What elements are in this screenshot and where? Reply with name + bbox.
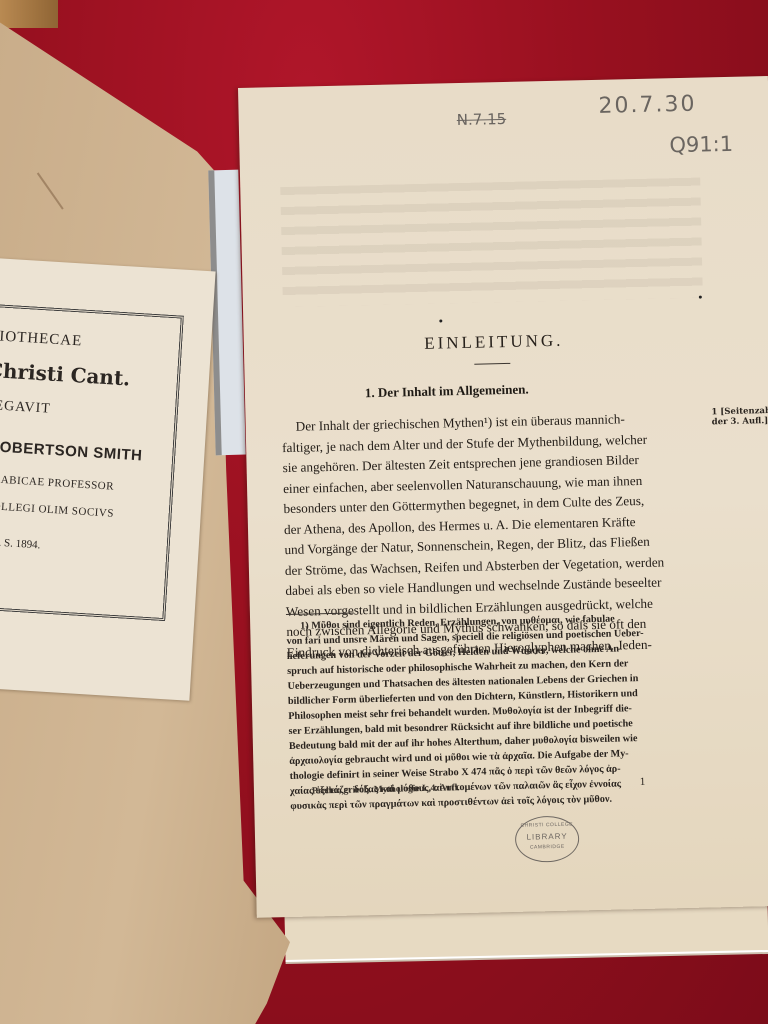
stamp-middle-text: LIBRARY	[516, 831, 578, 841]
stamp-top-text: CHRISTI COLLEGE	[516, 821, 578, 828]
wooden-surface	[0, 0, 58, 28]
library-stamp: CHRISTI COLLEGE LIBRARY CAMBRIDGE	[515, 815, 580, 862]
margin-note: 1 [Seitenzahl der 3. Aufl.]	[711, 406, 768, 427]
ink-dot	[699, 296, 702, 299]
bookplate-border	[0, 304, 184, 621]
bookplate-line: LEGAVIT	[0, 398, 51, 418]
footnote: 1) Μῦθοι sind eigentlich Reden, Erzählun…	[286, 609, 720, 814]
title-rule	[474, 363, 510, 365]
book-page: N.7.15 20.7.30 Q91:1 EINLEITUNG. 1. Der …	[238, 76, 768, 918]
margin-note-line: der 3. Aufl.]	[712, 416, 768, 427]
handwritten-classmark: Q91:1	[669, 132, 733, 157]
show-through-text	[280, 178, 703, 307]
signature-number: 1	[640, 776, 646, 788]
handwritten-shelfmark-struck: N.7.15	[457, 110, 507, 129]
ink-dot	[439, 319, 442, 322]
section-heading: 1. Der Inhalt im Allgemeinen.	[365, 381, 529, 401]
handwritten-date: 20.7.30	[598, 92, 697, 119]
chapter-title: EINLEITUNG.	[244, 327, 744, 358]
bookplate: LIOTHECAE Christi Cant. LEGAVIT ROBERTSO…	[0, 258, 216, 701]
bookplate-date: A. S. 1894.	[0, 536, 41, 551]
stamp-bottom-text: CAMBRIDGE	[516, 843, 578, 850]
